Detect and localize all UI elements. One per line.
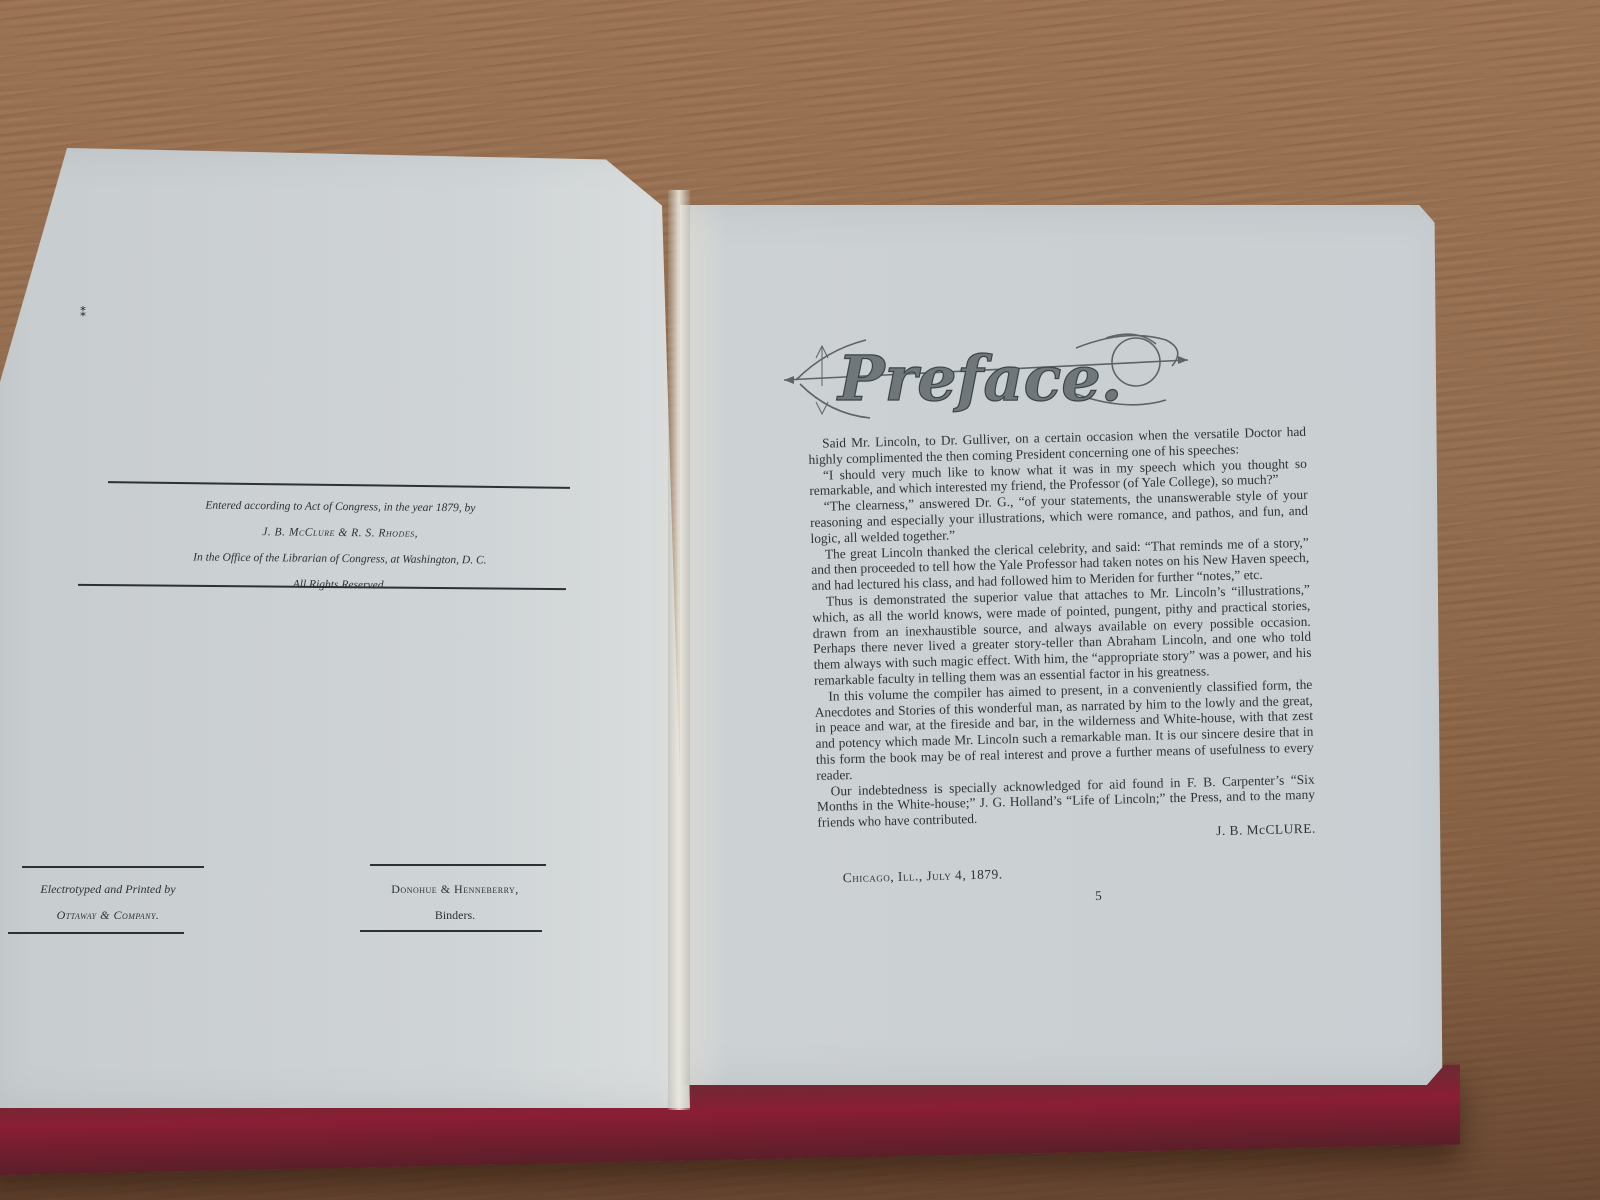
printer-bottom-rule bbox=[8, 932, 184, 934]
printer-credit: Electrotyped and Printed by Ottaway & Co… bbox=[8, 876, 208, 928]
binder-line-1: Donohue & Henneberry, bbox=[360, 876, 550, 902]
book-gutter bbox=[668, 190, 690, 1110]
preface-paragraph: In this volume the compiler has aimed to… bbox=[814, 677, 1314, 784]
preface-body: Said Mr. Lincoln, to Dr. Gulliver, on a … bbox=[808, 424, 1317, 910]
printer-line-1: Electrotyped and Printed by bbox=[8, 876, 208, 902]
binder-top-rule bbox=[370, 864, 546, 866]
stray-ink-mark: ⁑ bbox=[80, 306, 86, 321]
dateline: Chicago, Ill., July 4, 1879. bbox=[843, 858, 1317, 885]
binder-credit: Donohue & Henneberry, Binders. bbox=[360, 876, 550, 928]
preface-heading-text: Preface. bbox=[836, 342, 1122, 415]
binder-bottom-rule bbox=[360, 930, 542, 932]
left-page bbox=[0, 148, 690, 1108]
preface-paragraph: Thus is demonstrated the superior value … bbox=[812, 582, 1312, 689]
printer-line-2: Ottaway & Company. bbox=[8, 902, 208, 928]
printer-top-rule bbox=[22, 866, 204, 868]
binder-line-2: Binders. bbox=[360, 902, 550, 928]
preface-ornamental-heading: Preface. bbox=[776, 318, 1196, 428]
ornamental-flourish-icon: Preface. bbox=[776, 318, 1196, 428]
